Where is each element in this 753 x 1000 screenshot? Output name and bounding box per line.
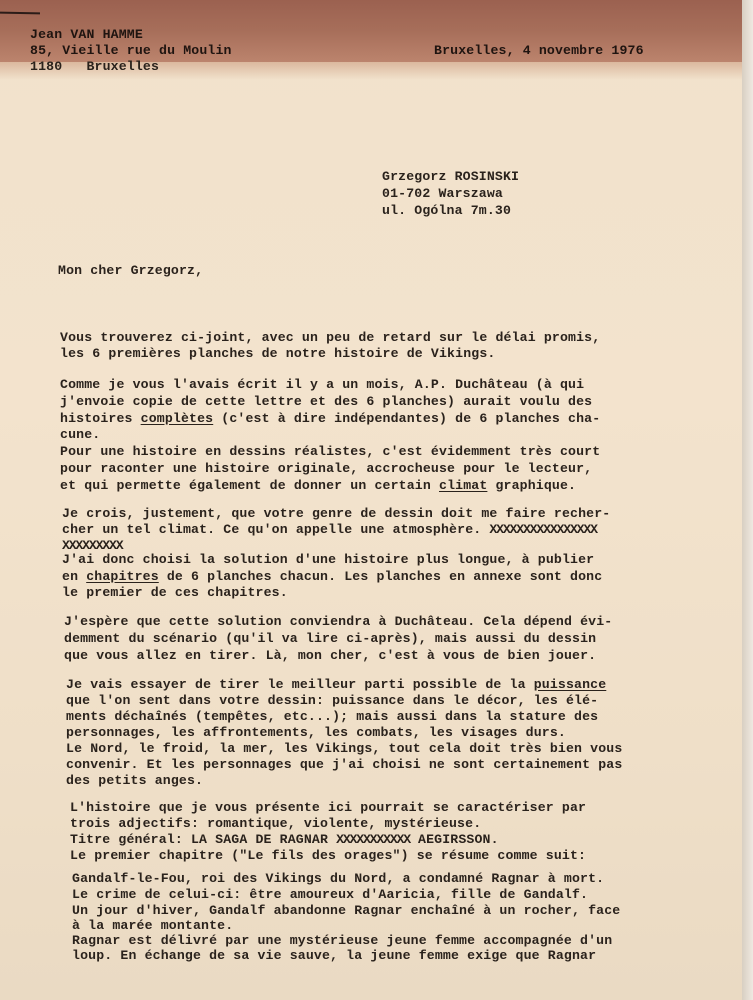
text-line: et qui permette également de donner un c… — [60, 478, 576, 493]
text-line: que l'on sent dans votre dessin: puissan… — [66, 693, 598, 708]
recipient-street: ul. Ogólna 7m.30 — [382, 203, 511, 218]
recipient-city: 01-702 Warszawa — [382, 186, 503, 201]
text-line: Vous trouverez ci-joint, avec un peu de … — [60, 330, 600, 345]
text-line: histoires complètes (c'est à dire indépe… — [60, 411, 600, 426]
text-line: que vous allez en tirer. Là, mon cher, c… — [64, 648, 596, 663]
text-line: cher un tel climat. Ce qu'on appelle une… — [62, 522, 597, 537]
sender-city: 1180 Bruxelles — [30, 59, 159, 74]
text-segment: (c'est à dire indépendantes) de 6 planch… — [213, 411, 600, 426]
text-line: cune. — [60, 427, 100, 442]
text-line: Pour une histoire en dessins réalistes, … — [60, 444, 600, 459]
text-line: pour raconter une histoire originale, ac… — [60, 461, 592, 476]
text-line: personnages, les affrontements, les comb… — [66, 725, 566, 740]
text-line: Gandalf-le-Fou, roi des Vikings du Nord,… — [72, 871, 604, 886]
text-line: J'ai donc choisi la solution d'une histo… — [62, 552, 594, 567]
underlined-word: climat — [439, 478, 487, 493]
text-segment: AEGIRSSON. — [410, 832, 499, 847]
text-line: J'espère que cette solution conviendra à… — [64, 614, 612, 629]
background-surface — [742, 0, 753, 1000]
text-segment: histoires — [60, 411, 141, 426]
underlined-word: complètes — [141, 411, 214, 426]
text-segment: graphique. — [487, 478, 576, 493]
text-line: les 6 premières planches de notre histoi… — [60, 346, 495, 361]
text-line: Ragnar est délivré par une mystérieuse j… — [72, 933, 612, 948]
text-line: loup. En échange de sa vie sauve, la jeu… — [72, 948, 596, 963]
text-line: le premier de ces chapitres. — [62, 585, 288, 600]
text-segment: en — [62, 569, 86, 584]
text-line: Le crime de celui-ci: être amoureux d'Aa… — [72, 887, 588, 902]
text-segment: cher un tel climat. Ce qu'on appelle une… — [62, 522, 489, 537]
underlined-word: puissance — [534, 677, 607, 692]
text-line: Le Nord, le froid, la mer, les Vikings, … — [66, 741, 622, 756]
text-line: Comme je vous l'avais écrit il y a un mo… — [60, 377, 584, 392]
struck-out-text: XXXXXXXXX — [62, 538, 122, 553]
underlined-word: chapitres — [86, 569, 159, 584]
text-segment: Je vais essayer de tirer le meilleur par… — [66, 677, 534, 692]
text-line: convenir. Et les personnages que j'ai ch… — [66, 757, 622, 772]
text-line: Titre général: LA SAGA DE RAGNAR XXXXXXX… — [70, 832, 499, 847]
place-date: Bruxelles, 4 novembre 1976 — [434, 43, 644, 58]
text-line: demment du scénario (qu'il va lire ci-ap… — [64, 631, 596, 646]
sender-name: Jean VAN HAMME — [30, 27, 143, 42]
struck-out-text: XXXXXXXXXXXXXXXX — [489, 522, 596, 537]
text-line: Un jour d'hiver, Gandalf abandonne Ragna… — [72, 903, 620, 918]
recipient-name: Grzegorz ROSINSKI — [382, 169, 519, 184]
text-line: à la marée montante. — [72, 918, 233, 933]
text-line: ments déchaînés (tempêtes, etc...); mais… — [66, 709, 598, 724]
struck-out-text: XXXXXXXXXXX — [336, 832, 410, 847]
text-segment: et qui permette également de donner un c… — [60, 478, 439, 493]
text-line: en chapitres de 6 planches chacun. Les p… — [62, 569, 602, 584]
text-line: des petits anges. — [66, 773, 203, 788]
text-line: trois adjectifs: romantique, violente, m… — [70, 816, 481, 831]
text-segment: Titre général: LA SAGA DE RAGNAR — [70, 832, 336, 847]
text-segment: de 6 planches chacun. Les planches en an… — [159, 569, 603, 584]
text-line: Le premier chapitre ("Le fils des orages… — [70, 848, 586, 863]
text-line: j'envoie copie de cette lettre et des 6 … — [60, 394, 592, 409]
salutation: Mon cher Grzegorz, — [58, 263, 203, 278]
text-line: L'histoire que je vous présente ici pour… — [70, 800, 586, 815]
text-line: Je crois, justement, que votre genre de … — [62, 506, 610, 521]
sender-street: 85, Vieille rue du Moulin — [30, 43, 232, 58]
letter-page: Jean VAN HAMME 85, Vieille rue du Moulin… — [0, 0, 742, 1000]
text-line: Je vais essayer de tirer le meilleur par… — [66, 677, 606, 692]
